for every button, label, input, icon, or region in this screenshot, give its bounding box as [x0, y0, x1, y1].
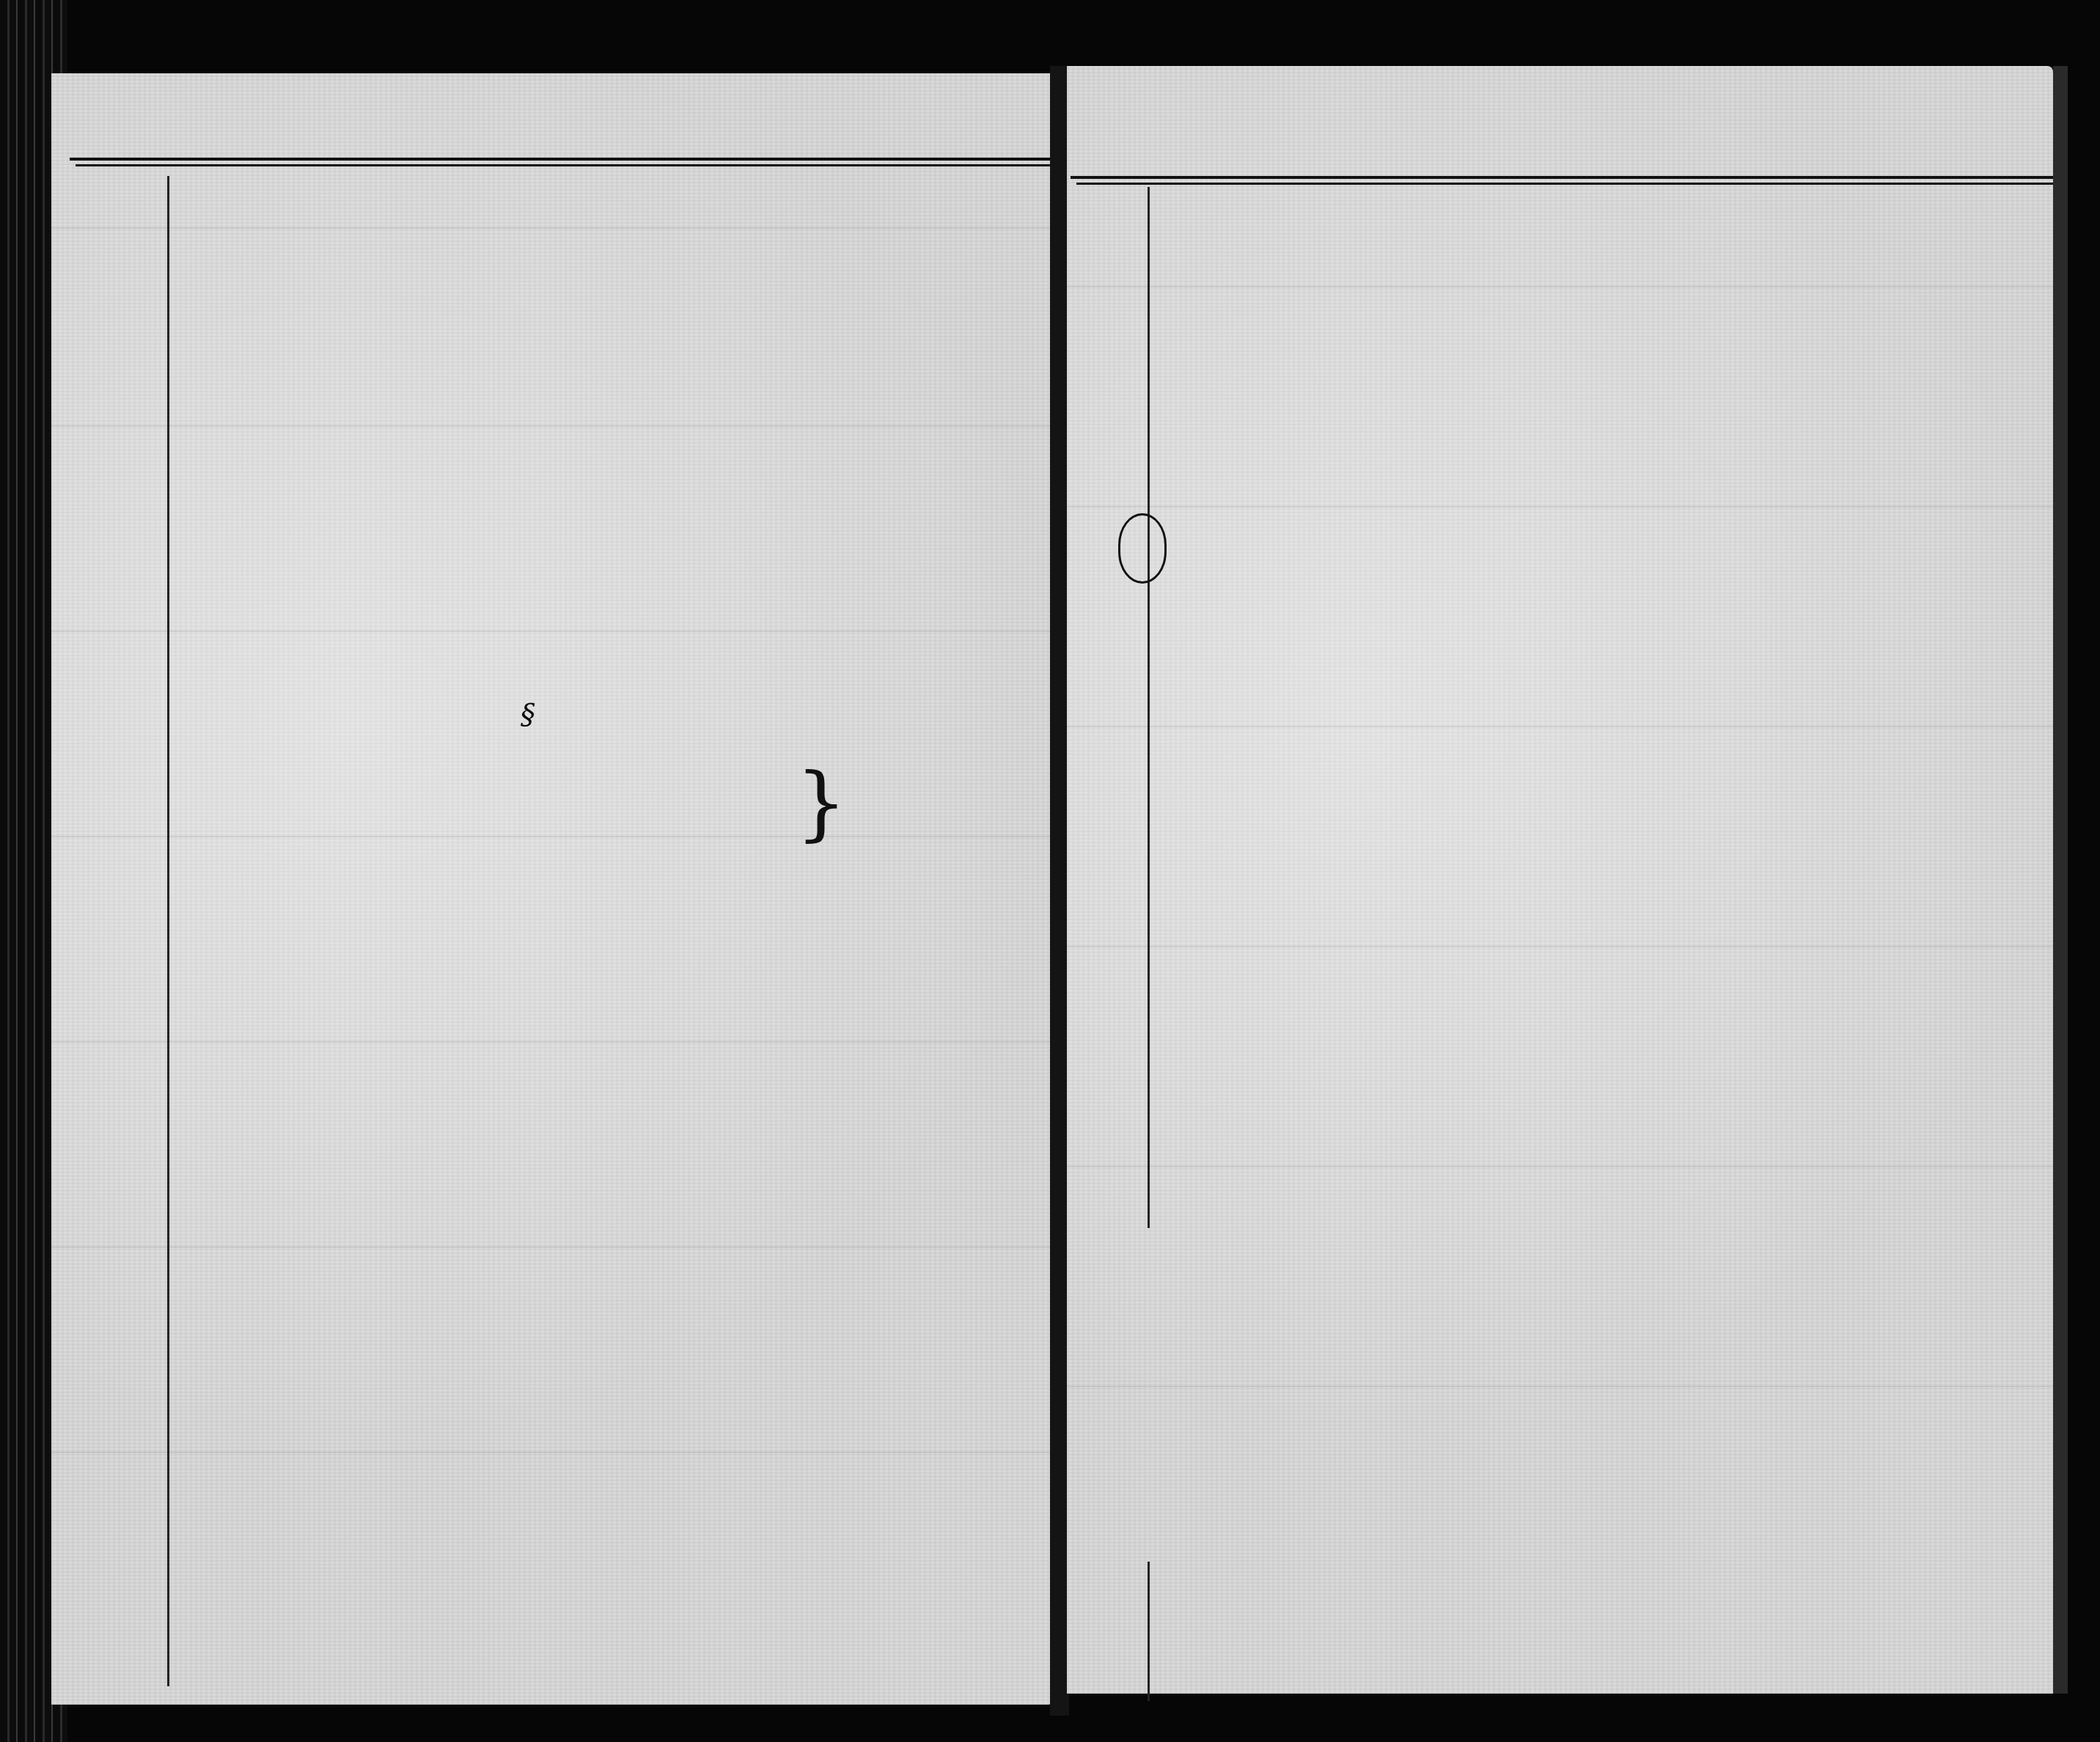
faint-ruling	[1067, 1166, 2053, 1167]
faint-ruling	[51, 631, 1056, 632]
right-margin-line-lower	[1148, 1562, 1150, 1701]
scanned-ledger-spread: § }	[0, 0, 2100, 1742]
faint-ruling	[51, 1041, 1056, 1043]
faint-ruling	[51, 836, 1056, 837]
faint-ruling	[51, 425, 1056, 427]
faint-ruling	[1067, 1386, 2053, 1387]
faint-ruling	[1067, 726, 2053, 727]
left-page	[51, 73, 1056, 1705]
right-page	[1067, 66, 2053, 1694]
faint-ruling	[51, 1452, 1056, 1453]
seal-mark	[1118, 513, 1167, 584]
faint-ruling	[1067, 506, 2053, 507]
faint-ruling	[51, 1246, 1056, 1248]
header-double-rule	[1071, 176, 2053, 179]
right-page-edge	[2053, 66, 2068, 1694]
header-double-rule	[70, 158, 1056, 161]
caption-brace: §	[521, 700, 536, 729]
faint-ruling	[1067, 286, 2053, 287]
faint-ruling	[1067, 946, 2053, 947]
left-margin-line	[167, 176, 169, 1686]
right-margin-line	[1148, 187, 1150, 1228]
side-note-brace: }	[796, 762, 847, 843]
faint-ruling	[51, 227, 1056, 229]
